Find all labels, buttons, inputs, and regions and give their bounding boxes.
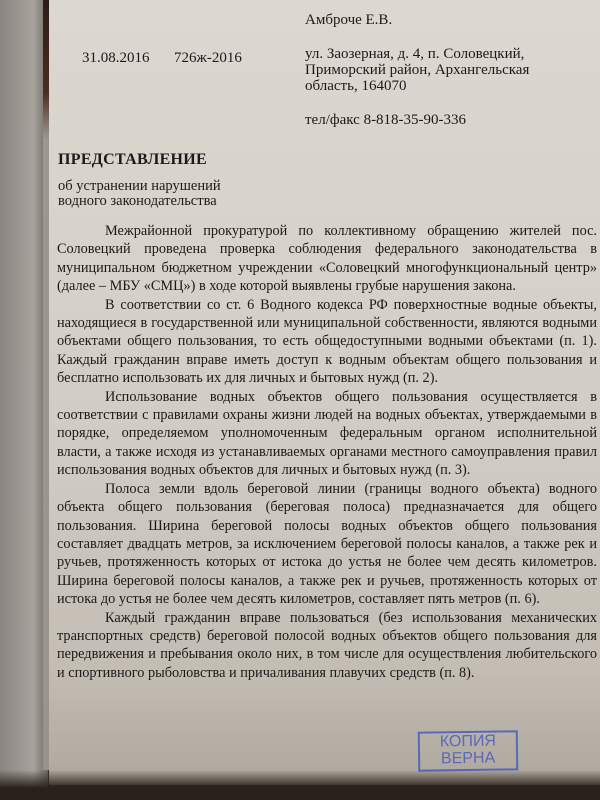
paragraph: Использование водных объектов общего пол… [57, 388, 597, 480]
recipient-block: Амброче Е.В. ул. Заозерная, д. 4, п. Сол… [305, 12, 600, 128]
recipient-address-line: ул. Заозерная, д. 4, п. Соловецкий, [305, 46, 600, 62]
subtitle-line: водного законодательства [58, 194, 221, 209]
underlying-page [0, 0, 48, 800]
recipient-name: Амброче Е.В. [305, 12, 600, 28]
document-page: 31.08.2016 726ж-2016 Амброче Е.В. ул. За… [49, 0, 600, 785]
recipient-address-line: область, 164070 [305, 78, 600, 94]
paragraph: Межрайонной прокуратурой по коллективном… [57, 222, 597, 296]
subtitle-line: об устранении нарушений [58, 179, 221, 194]
recipient-address-line: Приморский район, Архангельская [305, 62, 600, 78]
stamp-line: ВЕРНА [420, 749, 516, 767]
document-number: 726ж-2016 [174, 50, 242, 67]
bottom-shadow [0, 770, 600, 800]
paragraph: Полоса земли вдоль береговой линии (гран… [57, 480, 597, 609]
certified-copy-stamp: КОПИЯ ВЕРНА [418, 730, 519, 771]
document-title: ПРЕДСТАВЛЕНИЕ [58, 151, 207, 169]
recipient-phone: тел/факс 8-818-35-90-336 [305, 112, 600, 128]
document-subtitle: об устранении нарушений водного законода… [58, 179, 221, 209]
paragraph: В соответствии со ст. 6 Водного кодекса … [57, 296, 597, 388]
stamp-line: КОПИЯ [420, 732, 516, 750]
paragraph: Каждый гражданин вправе пользоваться (бе… [57, 609, 597, 683]
document-body: Межрайонной прокуратурой по коллективном… [57, 222, 597, 682]
document-date: 31.08.2016 [82, 50, 150, 67]
